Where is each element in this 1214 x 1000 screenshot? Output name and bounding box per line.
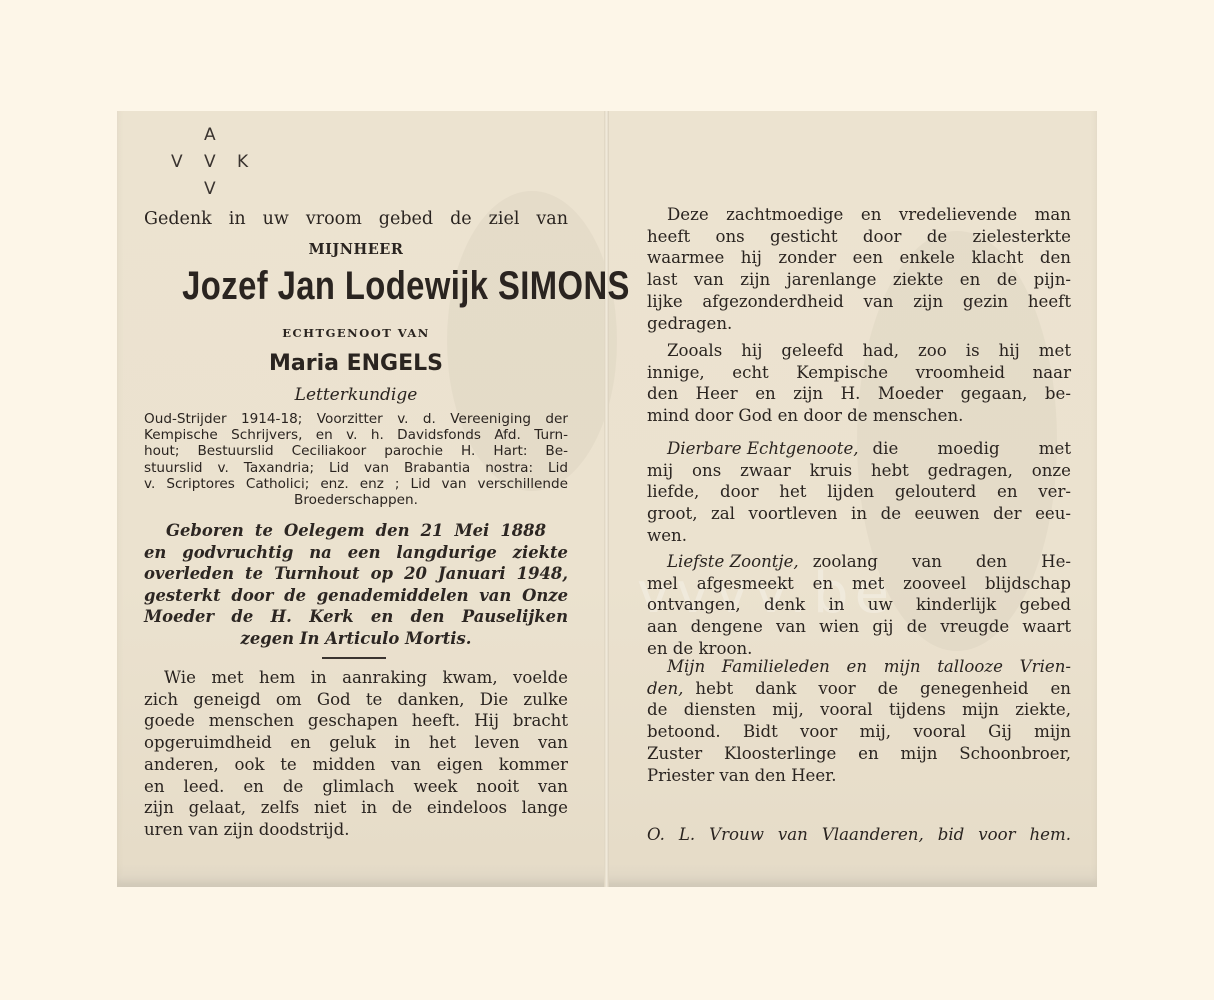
divider-rule <box>322 657 386 659</box>
para-line: anderen, ook te midden van eigen kommer <box>144 754 568 776</box>
para-line: lijke afgezonderdheid van zijn gezin hee… <box>647 291 1071 313</box>
paragraph-gentle-man: Deze zachtmoedige en vredelievende man h… <box>647 204 1071 334</box>
line-rest: die moedig met <box>859 438 1071 460</box>
para-line: uren van zijn doodstrijd. <box>144 819 568 841</box>
titles-line: hout; Bestuurslid Ceciliakoor parochie H… <box>144 443 568 459</box>
para-line: den Heer en zijn H. Moeder gegaan, be- <box>647 383 1071 405</box>
para-line: Liefste Zoontje, zoolang van den He- <box>647 551 1071 573</box>
para-line: heeft ons gesticht door de zielesterkte <box>647 226 1071 248</box>
lead-phrase: Dierbare Echtgenoote, <box>667 438 859 460</box>
initial-center: V <box>204 152 216 172</box>
titles-line: Oud-Strijder 1914-18; Voorzitter v. d. V… <box>144 411 568 427</box>
initial-bottom: V <box>204 179 216 199</box>
para-line: groot, zal voortleven in de eeuwen der e… <box>647 503 1071 525</box>
titles-line: v. Scriptores Catholici; enz. enz ; Lid … <box>144 476 568 492</box>
para-line: mel afgesmeekt en met zooveel blijdschap <box>647 573 1071 595</box>
closing-prayer: O. L. Vrouw van Vlaanderen, bid voor hem… <box>647 825 1071 844</box>
lead-phrase-cont: den, <box>647 678 683 700</box>
para-line: Deze zachtmoedige en vredelievende man <box>647 204 1071 226</box>
initial-top: A <box>204 125 216 145</box>
titles-line: Kempische Schrijvers, en v. h. Davidsfon… <box>144 427 568 443</box>
dates-line: overleden te Turnhout op 20 Januari 1948… <box>144 563 568 585</box>
dates-line: gesterkt door de genademiddelen van Onze <box>144 585 568 607</box>
para-line: liefde, door het lijden gelouterd en ver… <box>647 481 1071 503</box>
dates-line: en godvruchtig na een langdurige ziekte <box>144 542 568 564</box>
paragraph-son: Liefste Zoontje, zoolang van den He- mel… <box>647 551 1071 660</box>
para-line: Priester van den Heer. <box>647 765 1071 787</box>
character-paragraph: Wie met hem in aanraking kwam, voelde zi… <box>144 667 568 841</box>
para-line: waarmee hij zonder een enkele klacht den <box>647 247 1071 269</box>
para-line: den, hebt dank voor de genegenheid en <box>647 678 1071 700</box>
initial-left: V <box>171 152 183 172</box>
para-line: zijn gelaat, zelfs niet in de eindeloos … <box>144 797 568 819</box>
dates-line: Moeder de H. Kerk en den Pauselijken <box>144 606 568 628</box>
paragraph-spouse: Dierbare Echtgenoote, die moedig met mij… <box>647 438 1071 547</box>
spouse-label: ECHTGENOOT VAN <box>144 326 568 340</box>
para-line: gedragen. <box>647 313 1071 335</box>
birth-death-block: Geboren te Oelegem den 21 Mei 1888 en go… <box>144 520 568 650</box>
para-line: mind door God en door de menschen. <box>647 405 1071 427</box>
spouse-name: Maria ENGELS <box>144 351 568 376</box>
intro-line: Gedenk in uw vroom gebed de ziel van <box>144 209 568 229</box>
memorial-card: vvvv.be A V V K V Gedenk in uw vroom geb… <box>117 111 1097 887</box>
para-line: goede menschen geschapen heeft. Hij brac… <box>144 710 568 732</box>
cross-initials: A V V K V <box>171 125 261 205</box>
card-fold <box>604 111 609 887</box>
para-line: Wie met hem in aanraking kwam, voelde <box>144 667 568 689</box>
titles-line: stuurslid v. Taxandria; Lid van Brabanti… <box>144 460 568 476</box>
titles-line: Broederschappen. <box>144 492 568 508</box>
para-line: en leed. en de glimlach week nooit van <box>144 776 568 798</box>
initial-right: K <box>237 152 248 172</box>
para-line: mij ons zwaar kruis hebt gedragen, onze <box>647 460 1071 482</box>
para-line: Zuster Kloosterlinge en mijn Schoonbroer… <box>647 743 1071 765</box>
titles-block: Oud-Strijder 1914-18; Voorzitter v. d. V… <box>144 411 568 508</box>
paragraph-piety: Zooals hij geleefd had, zoo is hij met i… <box>647 340 1071 427</box>
para-line: innige, echt Kempische vroomheid naar <box>647 362 1071 384</box>
para-line: last van zijn jarenlange ziekte en de pi… <box>647 269 1071 291</box>
para-line: Zooals hij geleefd had, zoo is hij met <box>647 340 1071 362</box>
lead-phrase: Liefste Zoontje, <box>667 551 799 573</box>
para-line: opgeruimdheid en geluk in het leven van <box>144 732 568 754</box>
para-line: betoond. Bidt voor mij, vooral Gij mijn <box>647 721 1071 743</box>
para-line: Dierbare Echtgenoote, die moedig met <box>647 438 1071 460</box>
para-line: zich geneigd om God te danken, Die zulke <box>144 689 568 711</box>
para-line: de diensten mij, vooral tijdens mijn zie… <box>647 699 1071 721</box>
profession: Letterkundige <box>144 385 568 405</box>
deceased-name: Jozef Jan Lodewijk SIMONS <box>182 264 530 309</box>
para-line: wen. <box>647 525 1071 547</box>
honorific: MIJNHEER <box>144 241 568 258</box>
paragraph-family: Mijn Familieleden en mijn tallooze Vrien… <box>647 656 1071 786</box>
dates-line: Geboren te Oelegem den 21 Mei 1888 <box>144 520 546 542</box>
line-rest: hebt dank voor de genegenheid en <box>683 678 1071 700</box>
dates-line: zegen In Articulo Mortis. <box>144 628 568 650</box>
para-line: ontvangen, denk in uw kinderlijk gebed <box>647 594 1071 616</box>
para-line: aan dengene van wien gij de vreugde waar… <box>647 616 1071 638</box>
lead-phrase: Mijn Familieleden en mijn tallooze Vrien… <box>647 656 1071 678</box>
line-rest: zoolang van den He- <box>799 551 1071 573</box>
